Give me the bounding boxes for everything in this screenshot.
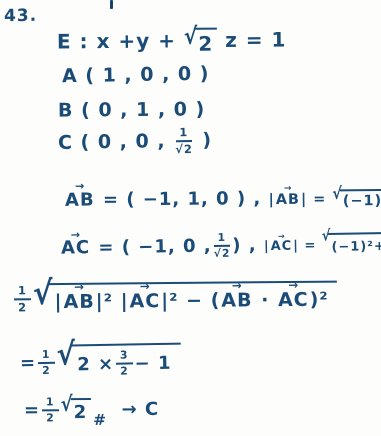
abs-close: | =: [293, 239, 316, 254]
point-a-line: A ( 1 , 0 , 0 ): [62, 63, 210, 88]
radicand-pre: 2 ×: [77, 354, 114, 376]
vector-arrow-icon: →: [284, 185, 292, 194]
fraction: 32: [116, 349, 133, 378]
vector-arrow-icon: →: [75, 181, 84, 192]
equals-sign: =: [20, 353, 36, 374]
vector-ac-magnitude: |→AC| = √(−1)²+(1√2)² = √32: [264, 236, 381, 255]
vector-ab-line: →AB = ( −1, 1, 0 ) , |→AB| = √(−1)²+ 1² …: [64, 186, 381, 212]
sqrt-radicand: 2: [195, 28, 217, 56]
abs-open: |: [121, 290, 129, 312]
stray-mark: [110, 0, 113, 9]
vector-arrow-icon: →: [232, 280, 242, 292]
vector-ab-name: AB: [63, 291, 94, 313]
fraction-denominator: 2: [46, 412, 55, 425]
fraction-numerator: 3: [116, 349, 133, 365]
sqrt-expression: √(−1)²+(1√2)²: [322, 231, 381, 259]
fraction-numerator: 1: [175, 126, 192, 142]
vector-ab-components: = ( −1, 1, 0 ) ,: [103, 188, 261, 210]
vector-ab-magnitude: |→AB| = √(−1)²+ 1² = √2: [268, 190, 381, 208]
sqrt-expression: √(−1)²+ 1²: [332, 189, 381, 210]
fraction-numerator: 1: [38, 349, 55, 365]
vector-ab: →AB: [63, 291, 94, 313]
vector-ac-name: AC: [278, 289, 309, 311]
vector-arrow-icon: →: [71, 229, 81, 240]
sqrt-expression: √2 ×32− 1: [56, 343, 181, 382]
abs-close: | =: [301, 192, 326, 208]
area-formula-line: 12√|→AB|² |→AC|² − (→AB · →AC)²: [12, 281, 337, 316]
sqrt-icon: √: [60, 395, 73, 416]
implies-arrow-icon: →: [121, 399, 137, 420]
paren-open: (: [211, 290, 221, 312]
fraction-denominator: √2: [175, 142, 193, 156]
sqrt-radicand: 2 ×32− 1: [71, 343, 182, 382]
minus-sign: −: [186, 290, 203, 312]
sqrt-expression: √2: [61, 398, 92, 423]
abs-close-squared: |²: [96, 291, 113, 313]
plane-equation-lhs: E : x +y +: [57, 28, 176, 53]
radicand-post: − 1: [134, 353, 171, 375]
one-half-coefficient: 12: [38, 349, 55, 378]
vector-ab: →AB: [221, 289, 252, 311]
equals-sign: =: [24, 400, 40, 421]
end-of-solution-mark: #: [93, 411, 107, 429]
vector-ab-name: AB: [276, 192, 300, 208]
sqrt-expression: √|→AB|² |→AC|² − (→AB · →AC)²: [33, 281, 337, 316]
fraction-denominator: √2: [214, 247, 231, 261]
vector-ab: →AB: [65, 190, 95, 211]
answer-choice: C: [145, 399, 159, 420]
paren-close-squared: )²: [310, 289, 329, 311]
vector-arrow-icon: →: [74, 282, 84, 294]
dot-product-sign: ·: [261, 289, 269, 311]
radicand-left: (−1)²+(: [331, 239, 381, 255]
fraction-denominator: 2: [42, 364, 51, 378]
vector-ab-name: AB: [221, 289, 252, 311]
vector-ac-components-pre: = ( −1, 0 ,: [98, 235, 212, 258]
fraction-numerator: 1: [213, 232, 230, 248]
sqrt-icon: √: [33, 278, 54, 311]
abs-close-squared: |²: [161, 290, 178, 312]
one-half-coefficient: 12: [14, 284, 31, 314]
plane-equation-rhs: z = 1: [225, 27, 286, 52]
abs-open: |: [268, 192, 274, 208]
fraction: 1√2: [175, 126, 193, 157]
result-line: =12√2# → C: [24, 395, 159, 425]
vector-arrow-icon: →: [140, 281, 150, 293]
point-c-prefix: C ( 0 , 0 ,: [58, 130, 166, 154]
abs-open: |: [264, 239, 270, 254]
vector-ac-components-post: ) ,: [232, 235, 257, 256]
step-line: =12√2 ×32− 1: [20, 343, 182, 383]
fraction: 1√2: [213, 232, 230, 261]
vector-ac: →AC: [129, 290, 160, 312]
sqrt-expression: √2: [184, 28, 218, 56]
sqrt-icon: √: [184, 24, 199, 47]
sqrt-icon: √: [332, 186, 343, 203]
vector-ac-name: AC: [271, 239, 293, 254]
sqrt-radicand: |→AB|² |→AC|² − (→AB · →AC)²: [48, 281, 336, 316]
vector-ac-line: →AC = ( −1, 0 ,1√2) , |→AC| = √(−1)²+(1√…: [60, 227, 381, 263]
fraction-numerator: 1: [14, 284, 31, 300]
fraction-denominator: 2: [18, 300, 27, 314]
vector-ac: →AC: [271, 239, 293, 254]
point-b-line: B ( 0 , 1 , 0 ): [58, 98, 205, 121]
plane-equation-line: E : x +y + √2 z = 1: [57, 27, 287, 57]
sqrt-radicand: (−1)²+ 1²: [340, 189, 381, 210]
vector-ac: →AC: [61, 238, 91, 260]
fraction-denominator: 2: [120, 365, 129, 379]
abs-open: |: [55, 291, 63, 313]
worksheet-page: 43. E : x +y + √2 z = 1 A ( 1 , 0 , 0 ) …: [0, 0, 381, 436]
fraction-numerator: 1: [42, 396, 59, 412]
one-half-coefficient: 12: [42, 396, 59, 425]
sqrt-icon: √: [322, 230, 332, 245]
sqrt-radicand: (−1)²+(1√2)²: [328, 231, 381, 259]
vector-ac: →AC: [278, 289, 309, 311]
vector-ab: →AB: [276, 192, 300, 208]
point-c-line: C ( 0 , 0 , 1√2 ): [58, 126, 213, 159]
vector-arrow-icon: →: [288, 280, 298, 292]
vector-ac-name: AC: [129, 290, 160, 312]
problem-number: 43.: [4, 6, 37, 27]
sqrt-icon: √: [56, 339, 76, 370]
point-c-suffix: ): [202, 129, 212, 151]
vector-arrow-icon: →: [278, 233, 285, 241]
